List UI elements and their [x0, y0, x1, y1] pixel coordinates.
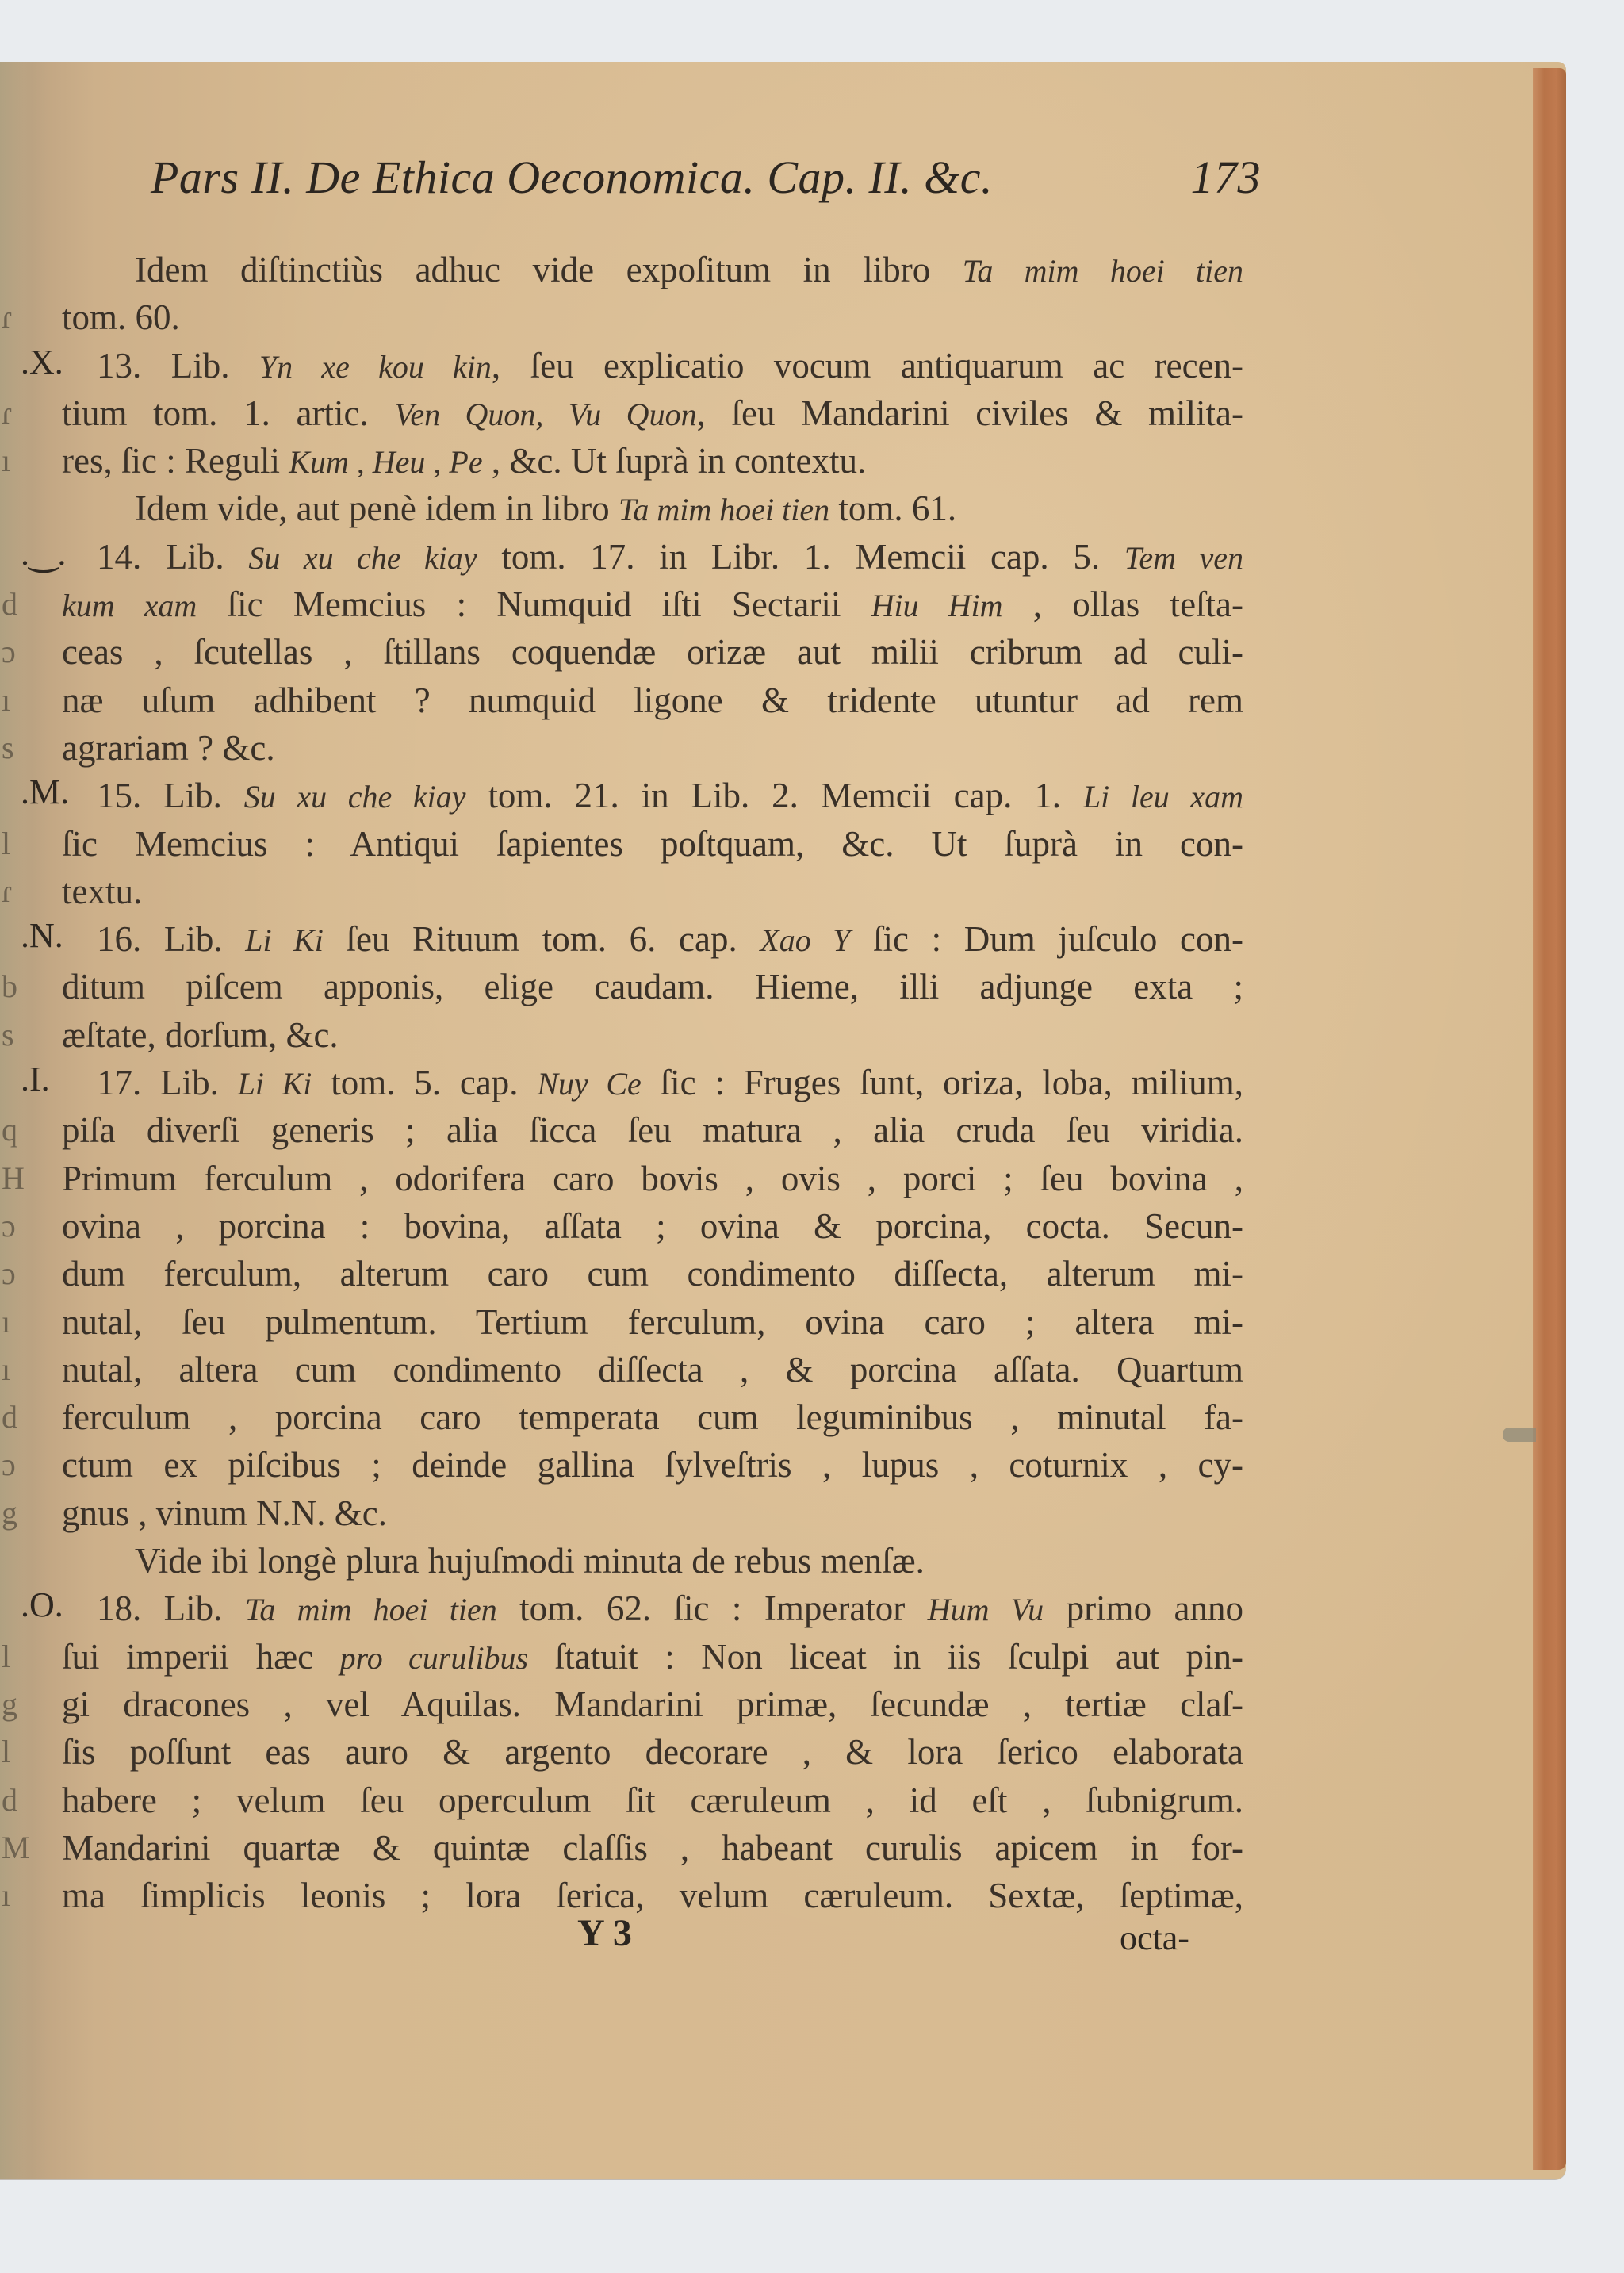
text-line: 14. Lib. Su xu che kiay tom. 17. in Libr… [62, 533, 1243, 581]
bleed-glyph: ɾ [2, 293, 25, 341]
text-line: gnus , vinum N.N. &c. [62, 1489, 1243, 1537]
bleed-glyph: s [2, 724, 25, 772]
text-run: tom. 21. in Lib. 2. Memcii cap. 1. [466, 776, 1083, 815]
running-head: Pars II. De Ethica Oeconomica. Cap. II. … [151, 151, 1261, 214]
text-run: tom. 62. ſic : Imperator [497, 1589, 928, 1628]
catchword: octa- [1120, 1918, 1189, 1958]
text-run: agrariam ? &c. [62, 728, 275, 768]
text-run: , ſeu Mandarini civiles & milita- [697, 393, 1243, 433]
text-line: Mandarini quartæ & quintæ claſſis , habe… [62, 1824, 1243, 1872]
text-run: nutal, ſeu pulmentum. Tertium ferculum, … [62, 1302, 1243, 1342]
italic-term: Ven Quon, Vu Quon [394, 397, 696, 432]
bleed-glyph: s [2, 1011, 25, 1059]
text-line: 17. Lib. Li Ki tom. 5. cap. Nuy Ce ſic :… [62, 1059, 1243, 1106]
bleed-glyph: q [2, 1106, 25, 1154]
italic-term: Ta mim hoei tien [619, 492, 829, 527]
text-line: nutal, ſeu pulmentum. Tertium ferculum, … [62, 1298, 1243, 1346]
text-run: Idem vide, aut penè idem in libro [135, 489, 619, 528]
italic-term: kum xam [62, 588, 197, 623]
text-run: 13. Lib. [97, 346, 259, 385]
text-line: res, ſic : Reguli Kum , Heu , Pe , &c. U… [62, 437, 1243, 485]
page-tab-mark [1503, 1428, 1536, 1442]
text-run: res, ſic : Reguli [62, 441, 289, 481]
text-line: ceas , ſcutellas , ſtillans coquendæ ori… [62, 628, 1243, 676]
text-run: Idem diſtinctiùs adhuc vide expoſitum in… [135, 250, 963, 289]
bleed-glyph: ı [2, 1872, 25, 1919]
italic-term: Kum , Heu , Pe [289, 444, 482, 480]
text-line: ferculum , porcina caro temperata cum le… [62, 1393, 1243, 1441]
text-run: tom. 17. in Libr. 1. Memcii cap. 5. [477, 537, 1124, 577]
text-line: ſis poſſunt eas auro & argento decorare … [62, 1728, 1243, 1776]
bleed-glyph: ɾ [2, 868, 25, 915]
text-line: gi dracones , vel Aquilas. Mandarini pri… [62, 1681, 1243, 1728]
bleed-glyph: H [2, 1155, 25, 1202]
text-line: Vide ibi longè plura hujuſmodi minuta de… [62, 1537, 1243, 1585]
italic-term: Hum Vu [928, 1592, 1044, 1627]
text-line: habere ; velum ſeu operculum ſit cæruleu… [62, 1777, 1243, 1824]
text-run: ferculum , porcina caro temperata cum le… [62, 1397, 1243, 1437]
text-line: nutal, altera cum condimento diſſecta , … [62, 1346, 1243, 1393]
italic-term: Ta mim hoei tien [963, 253, 1243, 289]
bleed-glyph: ɔ [2, 1250, 25, 1297]
text-run: 14. Lib. [97, 537, 248, 577]
text-run: ſeu Rituum tom. 6. cap. [324, 919, 760, 959]
text-run: tom. 5. cap. [312, 1063, 537, 1102]
text-run: 17. Lib. [97, 1063, 238, 1102]
text-line: ma ſimplicis leonis ; lora ſerica, velum… [62, 1872, 1243, 1919]
text-run: 18. Lib. [97, 1589, 245, 1628]
text-run: , &c. Ut ſuprà in contextu. [483, 441, 867, 481]
italic-term: Xao Y [760, 922, 850, 958]
text-run: ſic : Fruges ſunt, oriza, loba, milium, [642, 1063, 1243, 1102]
text-line: piſa diverſi generis ; alia ſicca ſeu ma… [62, 1106, 1243, 1154]
body-text: Idem diſtinctiùs adhuc vide expoſitum in… [62, 246, 1243, 1919]
italic-term: Li Ki [245, 922, 324, 958]
italic-term: Su xu che kiay [248, 540, 477, 576]
text-run: tium tom. 1. artic. [62, 393, 394, 433]
text-line: textu. [62, 868, 1243, 915]
text-run: ſic Memcius : Numquid iſti Sectarii [197, 585, 871, 624]
text-line: æſtate, dorſum, &c. [62, 1011, 1243, 1059]
text-run: gnus , vinum N.N. &c. [62, 1493, 387, 1533]
signature-mark: Y 3 [577, 1911, 632, 1955]
text-line: 18. Lib. Ta mim hoei tien tom. 62. ſic :… [62, 1585, 1243, 1632]
text-run: ceas , ſcutellas , ſtillans coquendæ ori… [62, 632, 1243, 672]
entry-marker: .X. [21, 342, 63, 382]
bleed-glyph: ı [2, 1298, 25, 1346]
italic-term: Ta mim hoei tien [245, 1592, 497, 1627]
bleed-glyph: l [2, 1633, 25, 1681]
text-line: 16. Lib. Li Ki ſeu Rituum tom. 6. cap. X… [62, 915, 1243, 963]
italic-term: Hiu Him [871, 588, 1003, 623]
text-line: 13. Lib. Yn xe kou kin, ſeu explicatio v… [62, 342, 1243, 389]
text-line: Idem diſtinctiùs adhuc vide expoſitum in… [62, 246, 1243, 293]
text-run: ſui imperii hæc [62, 1637, 340, 1677]
entry-marker: .‿. [21, 533, 66, 573]
text-run: ovina , porcina : bovina, aſſata ; ovina… [62, 1206, 1243, 1246]
bleed-glyph: ɔ [2, 1202, 25, 1250]
text-run: dum ferculum, alterum caro cum condiment… [62, 1254, 1243, 1294]
bleed-glyph: d [2, 581, 25, 628]
bleed-glyph: l [2, 1728, 25, 1776]
text-line: ovina , porcina : bovina, aſſata ; ovina… [62, 1202, 1243, 1250]
text-line: kum xam ſic Memcius : Numquid iſti Secta… [62, 581, 1243, 628]
entry-marker: .O. [21, 1585, 63, 1625]
bleed-glyph: g [2, 1681, 25, 1728]
text-run: 16. Lib. [97, 919, 245, 959]
text-line: ditum piſcem apponis, elige caudam. Hiem… [62, 963, 1243, 1010]
text-run: 15. Lib. [97, 776, 244, 815]
text-line: tom. 60. [62, 293, 1243, 341]
text-line: Idem vide, aut penè idem in libro Ta mim… [62, 485, 1243, 532]
bleed-glyph: ı [2, 1346, 25, 1393]
italic-term: Su xu che kiay [244, 779, 466, 815]
text-run: ſic : Dum juſculo con- [850, 919, 1243, 959]
bleed-glyph: b [2, 963, 25, 1010]
text-line: tium tom. 1. artic. Ven Quon, Vu Quon, ſ… [62, 389, 1243, 437]
entry-marker: .I. [21, 1059, 50, 1099]
text-run: ſtatuit : Non liceat in iis ſculpi aut p… [528, 1637, 1243, 1677]
bleed-glyph: d [2, 1393, 25, 1441]
text-line: næ uſum adhibent ? numquid ligone & trid… [62, 677, 1243, 724]
text-run: ſic Memcius : Antiqui ſapientes poſtquam… [62, 824, 1243, 864]
text-run: primo anno [1044, 1589, 1243, 1628]
bleed-glyph: ɾ [2, 389, 25, 437]
text-run: Mandarini quartæ & quintæ claſſis , habe… [62, 1828, 1243, 1868]
italic-term: Li leu xam [1083, 779, 1243, 815]
text-run: tom. 61. [829, 489, 956, 528]
text-line: agrariam ? &c. [62, 724, 1243, 772]
bleed-glyph: ı [2, 677, 25, 724]
entry-marker: .N. [21, 915, 63, 956]
italic-term: Nuy Ce [537, 1066, 641, 1102]
italic-term: Yn xe kou kin [259, 349, 492, 385]
page-number: 173 [1191, 151, 1262, 204]
text-line: ctum ex piſcibus ; deinde gallina ſylveſ… [62, 1441, 1243, 1489]
italic-term: Tem ven [1124, 540, 1243, 576]
text-run: , ollas teſta- [1003, 585, 1243, 624]
bleed-glyph: g [2, 1489, 25, 1537]
bleed-glyph: ɔ [2, 628, 25, 676]
text-run: nutal, altera cum condimento diſſecta , … [62, 1350, 1243, 1389]
bleed-glyph: l [2, 820, 25, 868]
bleed-glyph [2, 1537, 25, 1585]
bleed-glyph [2, 246, 25, 293]
text-run: æſtate, dorſum, &c. [62, 1015, 339, 1055]
text-run: næ uſum adhibent ? numquid ligone & trid… [62, 680, 1243, 720]
text-line: ſic Memcius : Antiqui ſapientes poſtquam… [62, 820, 1243, 868]
text-run: Vide ibi longè plura hujuſmodi minuta de… [135, 1541, 925, 1581]
italic-term: Li Ki [238, 1066, 312, 1102]
text-run: habere ; velum ſeu operculum ſit cæruleu… [62, 1780, 1243, 1820]
bleed-glyph [2, 485, 25, 532]
text-run: Primum ferculum , odorifera caro bovis ,… [62, 1159, 1243, 1198]
italic-term: pro curulibus [340, 1640, 529, 1676]
text-line: dum ferculum, alterum caro cum condiment… [62, 1250, 1243, 1297]
text-run: ditum piſcem apponis, elige caudam. Hiem… [62, 967, 1243, 1006]
text-run: piſa diverſi generis ; alia ſicca ſeu ma… [62, 1110, 1243, 1150]
text-line: ſui imperii hæc pro curulibus ſtatuit : … [62, 1633, 1243, 1681]
text-run: ſis poſſunt eas auro & argento decorare … [62, 1732, 1243, 1772]
text-run: gi dracones , vel Aquilas. Mandarini pri… [62, 1685, 1243, 1724]
page-fore-edge [1533, 68, 1566, 2170]
text-line: Primum ferculum , odorifera caro bovis ,… [62, 1155, 1243, 1202]
bleed-glyph: ɔ [2, 1441, 25, 1489]
text-run: textu. [62, 872, 142, 911]
bleed-glyph: d [2, 1777, 25, 1824]
text-line: 15. Lib. Su xu che kiay tom. 21. in Lib.… [62, 772, 1243, 819]
text-run: tom. 60. [62, 297, 180, 337]
bleed-glyph: ı [2, 437, 25, 485]
running-head-title: Pars II. De Ethica Oeconomica. Cap. II. … [151, 151, 993, 204]
text-run: ctum ex piſcibus ; deinde gallina ſylveſ… [62, 1445, 1243, 1485]
bleed-glyph: M [2, 1824, 25, 1872]
text-run: , ſeu explicatio vocum antiquarum ac rec… [492, 346, 1243, 385]
text-run: ma ſimplicis leonis ; lora ſerica, velum… [62, 1876, 1243, 1915]
